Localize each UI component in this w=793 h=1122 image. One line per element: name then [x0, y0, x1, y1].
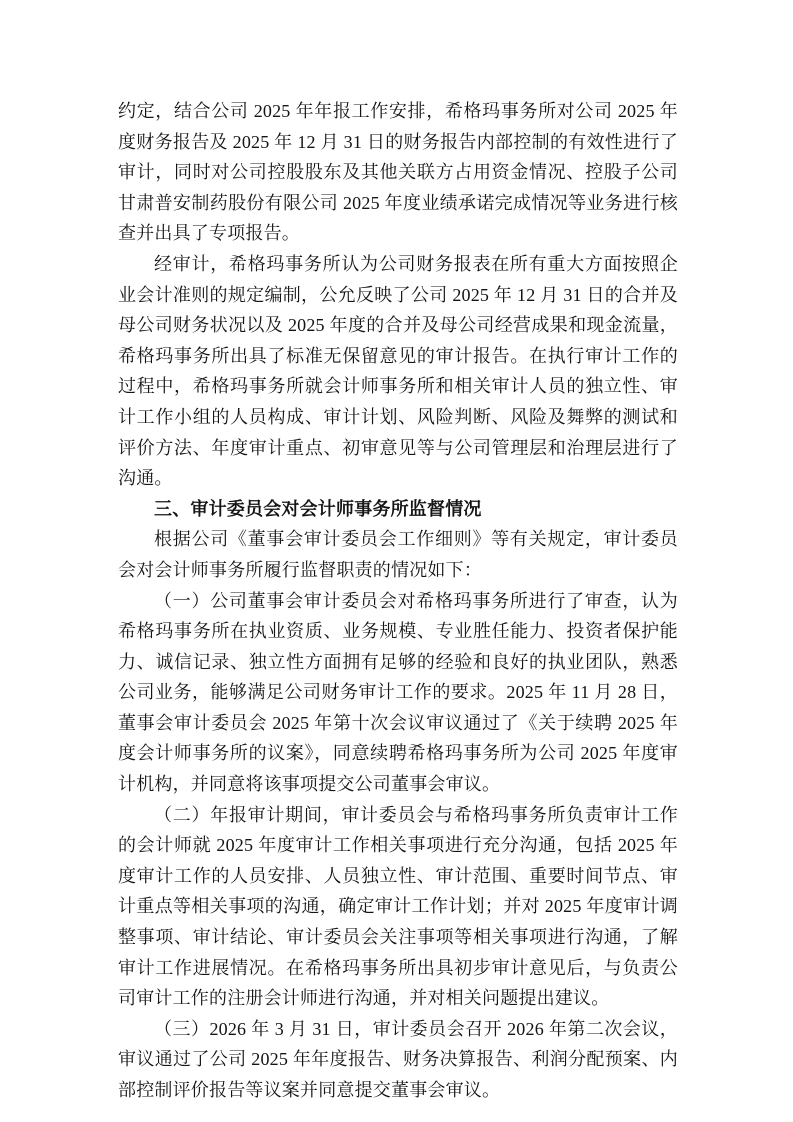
- paragraph-item-one-review: （一）公司董事会审计委员会对希格玛事务所进行了审查，认为希格玛事务所在执业资质、…: [118, 586, 678, 800]
- document-content: 约定，结合公司 2025 年年报工作安排，希格玛事务所对公司 2025 年度财务…: [118, 96, 678, 1106]
- paragraph-audit-scope: 约定，结合公司 2025 年年报工作安排，希格玛事务所对公司 2025 年度财务…: [118, 96, 678, 249]
- section-heading-supervision: 三、审计委员会对会计师事务所监督情况: [118, 494, 678, 525]
- paragraph-item-three-meeting: （三）2026 年 3 月 31 日，审计委员会召开 2026 年第二次会议，审…: [118, 1014, 678, 1106]
- document-page: 约定，结合公司 2025 年年报工作安排，希格玛事务所对公司 2025 年度财务…: [0, 0, 793, 1122]
- paragraph-supervision-intro: 根据公司《董事会审计委员会工作细则》等有关规定，审计委员会对会计师事务所履行监督…: [118, 524, 678, 585]
- paragraph-audit-opinion: 经审计，希格玛事务所认为公司财务报表在所有重大方面按照企业会计准则的规定编制，公…: [118, 249, 678, 494]
- paragraph-item-two-communication: （二）年报审计期间，审计委员会与希格玛事务所负责审计工作的会计师就 2025 年…: [118, 800, 678, 1014]
